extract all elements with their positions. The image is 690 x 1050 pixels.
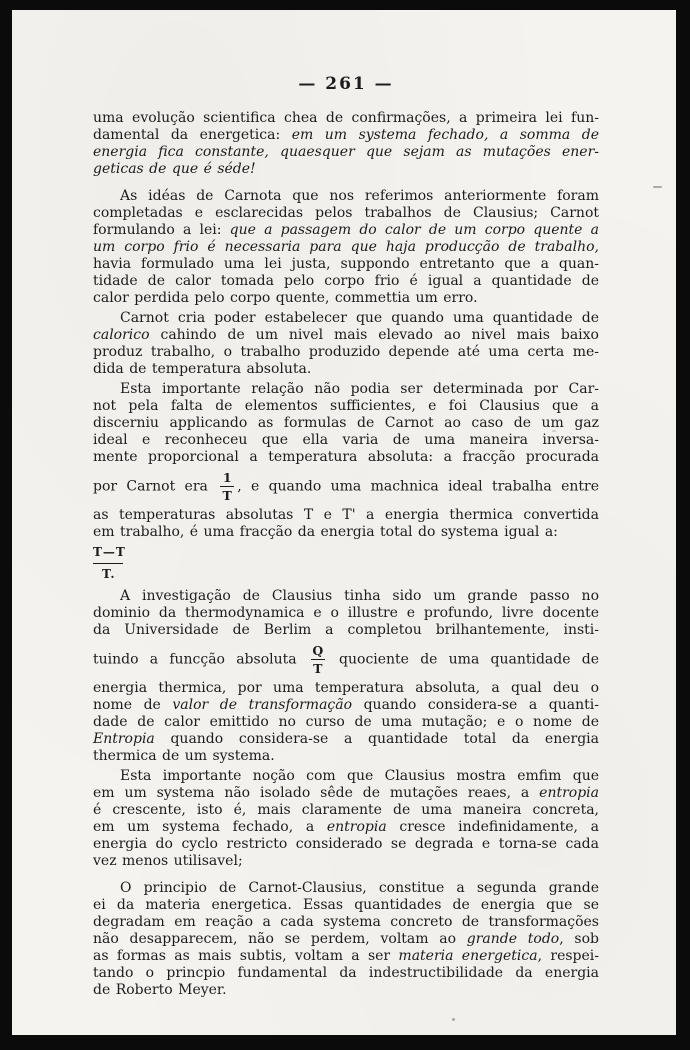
text-segment: energia fica constante, quaesquer que se… bbox=[93, 144, 599, 160]
scan-artifact bbox=[653, 186, 662, 188]
display-fraction: T—TT. bbox=[93, 546, 599, 581]
text-line: calor perdida pelo corpo quente, commett… bbox=[93, 290, 599, 307]
text-segment: energia thermica, por uma temperatura ab… bbox=[93, 680, 599, 696]
text-segment: em um systema fechado, a bbox=[93, 819, 327, 835]
text-line: as formas as mais subtis, voltam a ser m… bbox=[93, 948, 599, 965]
text-segment: mente proporcional a temperatura absolut… bbox=[93, 449, 599, 465]
paragraph: As idéas de Carnota que nos referimos an… bbox=[93, 188, 599, 307]
fraction-denominator: T bbox=[313, 662, 322, 675]
text-segment: A investigação de Clausius tinha sido um… bbox=[120, 588, 599, 604]
text-line: discerniu applicando as formulas de Carn… bbox=[93, 415, 599, 432]
text-segment: as temperaturas absolutas T e T' a energ… bbox=[93, 507, 599, 523]
text-segment: , respei- bbox=[538, 948, 599, 964]
text-line: dida de temperatura absoluta. bbox=[93, 361, 599, 378]
text-segment: calor perdida pelo corpo quente, commett… bbox=[93, 290, 478, 306]
scan-artifact bbox=[552, 430, 556, 432]
text-segment: discerniu applicando as formulas de Carn… bbox=[93, 415, 599, 431]
text-line: O principio de Carnot-Clausius, constitu… bbox=[93, 880, 599, 897]
text-line: por Carnot era 1T, e quando uma machnica… bbox=[93, 466, 599, 507]
text-line: vez menos utilisavel; bbox=[93, 853, 599, 870]
text-segment: quociente de uma quantidade de bbox=[328, 652, 599, 668]
page-number: — 261 — bbox=[93, 74, 599, 94]
text-line: não desapparecem, não se perdem, voltam … bbox=[93, 931, 599, 948]
text-line: da Universidade de Berlim a completou br… bbox=[93, 622, 599, 639]
fraction-bar bbox=[93, 563, 123, 564]
text-segment: O principio de Carnot-Clausius, constitu… bbox=[120, 880, 599, 896]
fraction-numerator: 1 bbox=[223, 471, 232, 484]
text-line: ideal e reconheceu que ella varia de uma… bbox=[93, 432, 599, 449]
paragraph: uma evolução scientifica chea de confirm… bbox=[93, 110, 599, 178]
text-line: em um systema não isolado sêde de mutaçõ… bbox=[93, 785, 599, 802]
text-line: em trabalho, é uma fracção da energia to… bbox=[93, 524, 599, 541]
text-line: Esta importante noção com que Clausius m… bbox=[93, 768, 599, 785]
text-segment: valor de transformação bbox=[172, 697, 352, 713]
text-segment: calorico bbox=[93, 327, 150, 343]
text-segment: damental da energetica: bbox=[93, 127, 292, 143]
paragraph: Esta importante relação não podia ser de… bbox=[93, 381, 599, 541]
text-segment: geticas de que é séde! bbox=[93, 161, 256, 177]
text-line: completadas e esclarecidas pelos trabalh… bbox=[93, 205, 599, 222]
text-line: energia fica constante, quaesquer que se… bbox=[93, 144, 599, 161]
paragraph: A investigação de Clausius tinha sido um… bbox=[93, 588, 599, 765]
text-segment: , sob bbox=[559, 931, 599, 947]
text-segment: tuindo a funcção absoluta bbox=[93, 652, 308, 668]
text-segment: grande todo bbox=[467, 931, 559, 947]
text-segment: As idéas de Carnota que nos referimos an… bbox=[120, 188, 599, 204]
text-segment: Carnot cria poder estabelecer que quando… bbox=[120, 310, 599, 326]
fraction-denominator: T. bbox=[102, 568, 599, 581]
text-segment: dade de calor emittido no curso de uma m… bbox=[93, 714, 599, 730]
inline-fraction: 1T bbox=[220, 471, 234, 502]
text-segment: cahindo de um nivel mais elevado ao nive… bbox=[150, 327, 599, 343]
text-segment: cresce indefinidamente, a bbox=[387, 819, 599, 835]
text-segment: de Roberto Meyer. bbox=[93, 982, 227, 998]
text-segment: , e quando uma machnica ideal trabalha e… bbox=[237, 479, 599, 495]
text-line: nome de valor de transformação quando co… bbox=[93, 697, 599, 714]
text-segment: Entropia bbox=[93, 731, 155, 747]
fraction-numerator: T—T bbox=[93, 546, 599, 559]
text-line: de Roberto Meyer. bbox=[93, 982, 599, 999]
text-block: uma evolução scientifica chea de confirm… bbox=[93, 110, 599, 999]
text-segment: entropia bbox=[327, 819, 387, 835]
text-segment: em um systema não isolado sêde de mutaçõ… bbox=[93, 785, 539, 801]
text-line: energia do cyclo restricto considerado s… bbox=[93, 836, 599, 853]
fraction-bar bbox=[220, 486, 234, 487]
text-segment: not pela falta de elementos sufficientes… bbox=[93, 398, 599, 414]
text-line: formulando a lei: que a passagem do calo… bbox=[93, 222, 599, 239]
paragraph: Esta importante noção com que Clausius m… bbox=[93, 768, 599, 870]
text-segment: Esta importante noção com que Clausius m… bbox=[120, 768, 599, 784]
text-segment: dida de temperatura absoluta. bbox=[93, 361, 311, 377]
text-segment: quando considera-se a quanti- bbox=[352, 697, 599, 713]
text-segment: que a passagem do calor de um corpo quen… bbox=[230, 222, 599, 238]
paragraph: Carnot cria poder estabelecer que quando… bbox=[93, 310, 599, 378]
text-segment: não desapparecem, não se perdem, voltam … bbox=[93, 931, 467, 947]
text-segment: havia formulado uma lei justa, suppondo … bbox=[93, 256, 599, 272]
text-segment: tidade de calor tomada pelo corpo frio é… bbox=[93, 273, 599, 289]
text-segment: vez menos utilisavel; bbox=[93, 853, 243, 869]
text-segment: dominio da thermodynamica e o illustre e… bbox=[93, 605, 599, 621]
text-segment: degradam em reação a cada systema concre… bbox=[93, 914, 599, 930]
text-line: Entropia quando considera-se a quantidad… bbox=[93, 731, 599, 748]
text-line: damental da energetica: em um systema fe… bbox=[93, 127, 599, 144]
text-line: Carnot cria poder estabelecer que quando… bbox=[93, 310, 599, 327]
paragraph: O principio de Carnot-Clausius, constitu… bbox=[93, 880, 599, 999]
text-line: tando o princpio fundamental da indestru… bbox=[93, 965, 599, 982]
text-line: em um systema fechado, a entropia cresce… bbox=[93, 819, 599, 836]
text-segment: energia do cyclo restricto considerado s… bbox=[93, 836, 599, 852]
scan-frame: { "page": { "number": "— 261 —", "colors… bbox=[0, 0, 690, 1050]
text-segment: é crescente, isto é, mais claramente de … bbox=[93, 802, 599, 818]
text-segment: ideal e reconheceu que ella varia de uma… bbox=[93, 432, 599, 448]
text-segment: um corpo frio é necessaria para que haja… bbox=[93, 239, 599, 255]
text-segment: entropia bbox=[539, 785, 599, 801]
text-segment: as formas as mais subtis, voltam a ser bbox=[93, 948, 398, 964]
fraction-denominator: T bbox=[223, 489, 232, 502]
text-segment: thermica de um systema. bbox=[93, 748, 275, 764]
text-segment: uma evolução scientifica chea de confirm… bbox=[93, 110, 599, 126]
text-line: um corpo frio é necessaria para que haja… bbox=[93, 239, 599, 256]
text-segment: tando o princpio fundamental da indestru… bbox=[93, 965, 599, 981]
text-segment: quando considera-se a quantidade total d… bbox=[155, 731, 599, 747]
text-line: produz trabalho, o trabalho produzido de… bbox=[93, 344, 599, 361]
text-segment: formulando a lei: bbox=[93, 222, 230, 238]
text-line: A investigação de Clausius tinha sido um… bbox=[93, 588, 599, 605]
text-line: calorico cahindo de um nivel mais elevad… bbox=[93, 327, 599, 344]
text-segment: produz trabalho, o trabalho produzido de… bbox=[93, 344, 599, 360]
scan-artifact bbox=[452, 1018, 455, 1021]
inline-fraction: QT bbox=[311, 644, 325, 675]
text-segment: da Universidade de Berlim a completou br… bbox=[93, 622, 599, 638]
text-line: tuindo a funcção absoluta QT quociente d… bbox=[93, 639, 599, 680]
text-segment: em trabalho, é uma fracção da energia to… bbox=[93, 524, 558, 540]
text-segment: Esta importante relação não podia ser de… bbox=[120, 381, 599, 397]
text-line: thermica de um systema. bbox=[93, 748, 599, 765]
text-segment: materia energetica bbox=[398, 948, 537, 964]
fraction-numerator: Q bbox=[312, 644, 323, 657]
text-segment: em um systema fechado, a somma de bbox=[292, 127, 599, 143]
text-segment: por Carnot era bbox=[93, 479, 217, 495]
text-line: Esta importante relação não podia ser de… bbox=[93, 381, 599, 398]
text-line: dade de calor emittido no curso de uma m… bbox=[93, 714, 599, 731]
text-line: uma evolução scientifica chea de confirm… bbox=[93, 110, 599, 127]
text-line: tidade de calor tomada pelo corpo frio é… bbox=[93, 273, 599, 290]
text-line: energia thermica, por uma temperatura ab… bbox=[93, 680, 599, 697]
text-line: as temperaturas absolutas T e T' a energ… bbox=[93, 507, 599, 524]
text-segment: completadas e esclarecidas pelos trabalh… bbox=[93, 205, 599, 221]
text-line: havia formulado uma lei justa, suppondo … bbox=[93, 256, 599, 273]
text-line: ei da materia energetica. Essas quantida… bbox=[93, 897, 599, 914]
scanned-page: — 261 — uma evolução scientifica chea de… bbox=[12, 10, 676, 1035]
text-line: As idéas de Carnota que nos referimos an… bbox=[93, 188, 599, 205]
text-segment: ei da materia energetica. Essas quantida… bbox=[93, 897, 599, 913]
fraction-bar bbox=[311, 659, 325, 660]
text-line: dominio da thermodynamica e o illustre e… bbox=[93, 605, 599, 622]
text-line: degradam em reação a cada systema concre… bbox=[93, 914, 599, 931]
text-line: not pela falta de elementos sufficientes… bbox=[93, 398, 599, 415]
text-line: geticas de que é séde! bbox=[93, 161, 599, 178]
text-line: mente proporcional a temperatura absolut… bbox=[93, 449, 599, 466]
text-line: é crescente, isto é, mais claramente de … bbox=[93, 802, 599, 819]
text-segment: nome de bbox=[93, 697, 172, 713]
